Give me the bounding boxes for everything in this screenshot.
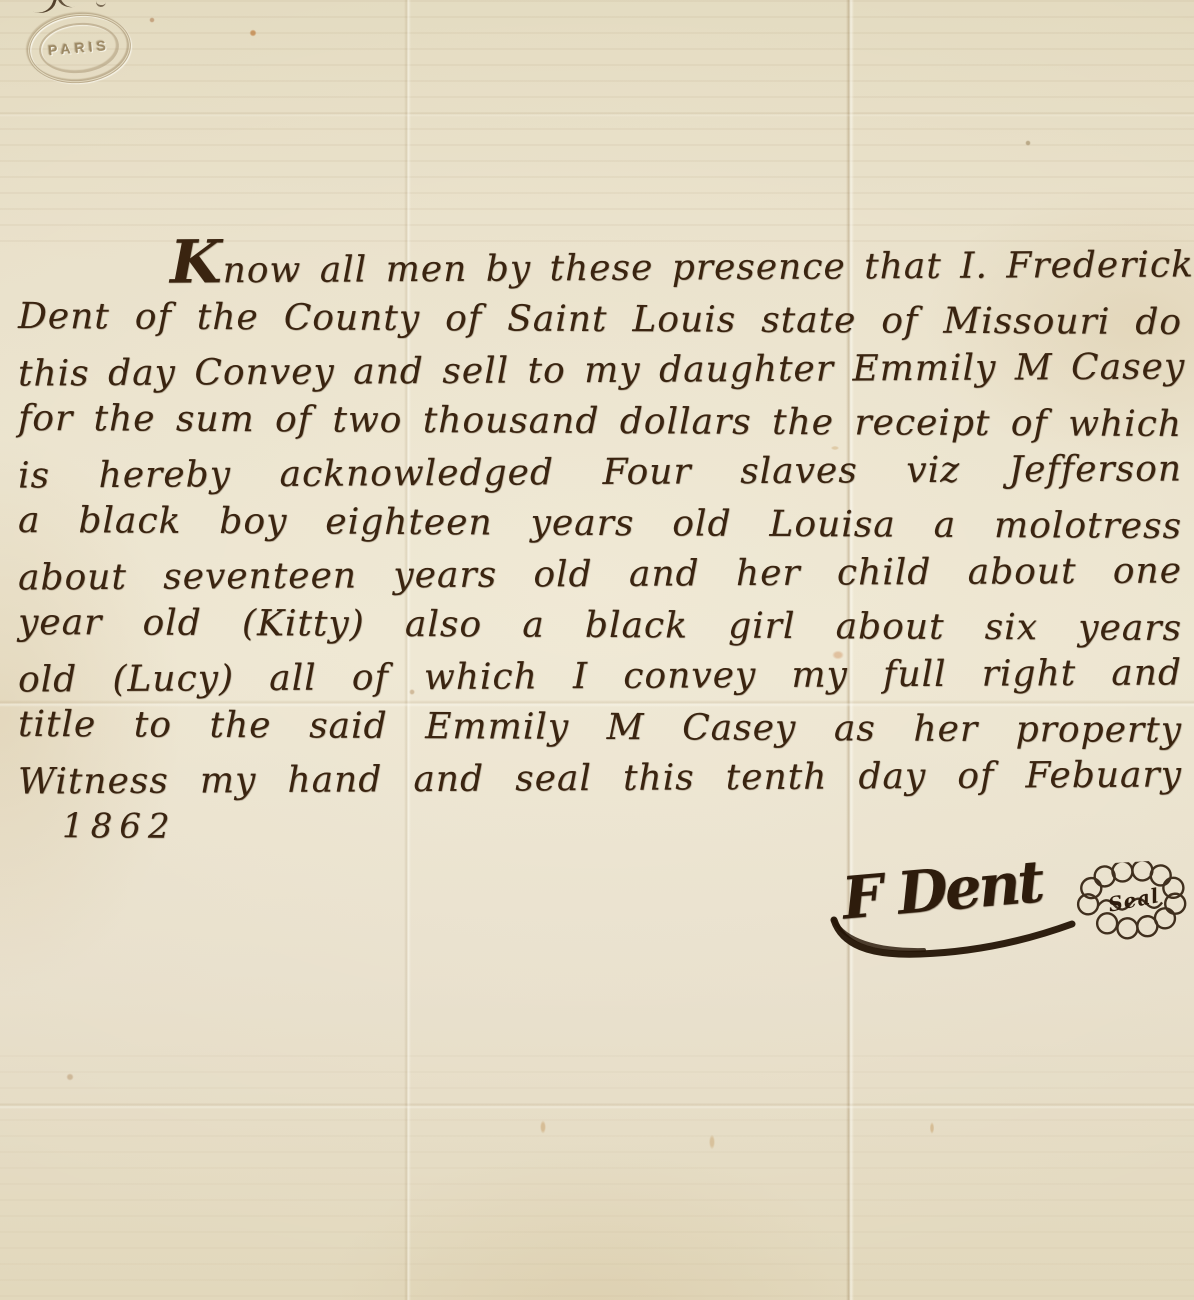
horizontal-fold-upper [0,112,1194,117]
manuscript-line-4: for the sum of two thousand dollars the … [18,393,1182,450]
seal-scribble: Seal [1070,859,1194,943]
manuscript-line-6: a black boy eighteen years old Louisa a … [18,495,1182,552]
document-page: PARIS Know all men by these presence tha… [0,0,1194,1300]
manuscript-line-3: this day Convey and sell to my daughter … [18,341,1182,399]
ink-bleedthrough-top [0,0,1194,245]
manuscript-line-7: about seventeen years old and her child … [18,545,1182,603]
manuscript-line-9: old (Lucy) all of which I convey my full… [18,647,1182,705]
signature-block: F Dent [826,856,1194,980]
manuscript-body: Know all men by these presence that I. F… [0,243,1194,855]
signature-flourish [828,914,1078,960]
manuscript-line-5: is hereby acknowledged Four slaves viz J… [18,443,1182,501]
embossed-paris-stamp: PARIS [23,8,135,89]
horizontal-fold-lower [0,1103,1194,1109]
edge-ink-mark [95,0,106,8]
manuscript-line-11: Witness my hand and seal this tenth day … [18,749,1182,807]
ink-bleedthrough-bottom [0,1055,1194,1300]
edge-ink-mark [56,0,81,10]
manuscript-line-1: Know all men by these presence that I. F… [18,239,1182,297]
manuscript-line-2: Dent of the County of Saint Louis state … [18,291,1182,348]
manuscript-line-8: year old (Kitty) also a black girl about… [18,597,1182,654]
manuscript-line-10: title to the said Emmily M Casey as her … [18,699,1182,756]
